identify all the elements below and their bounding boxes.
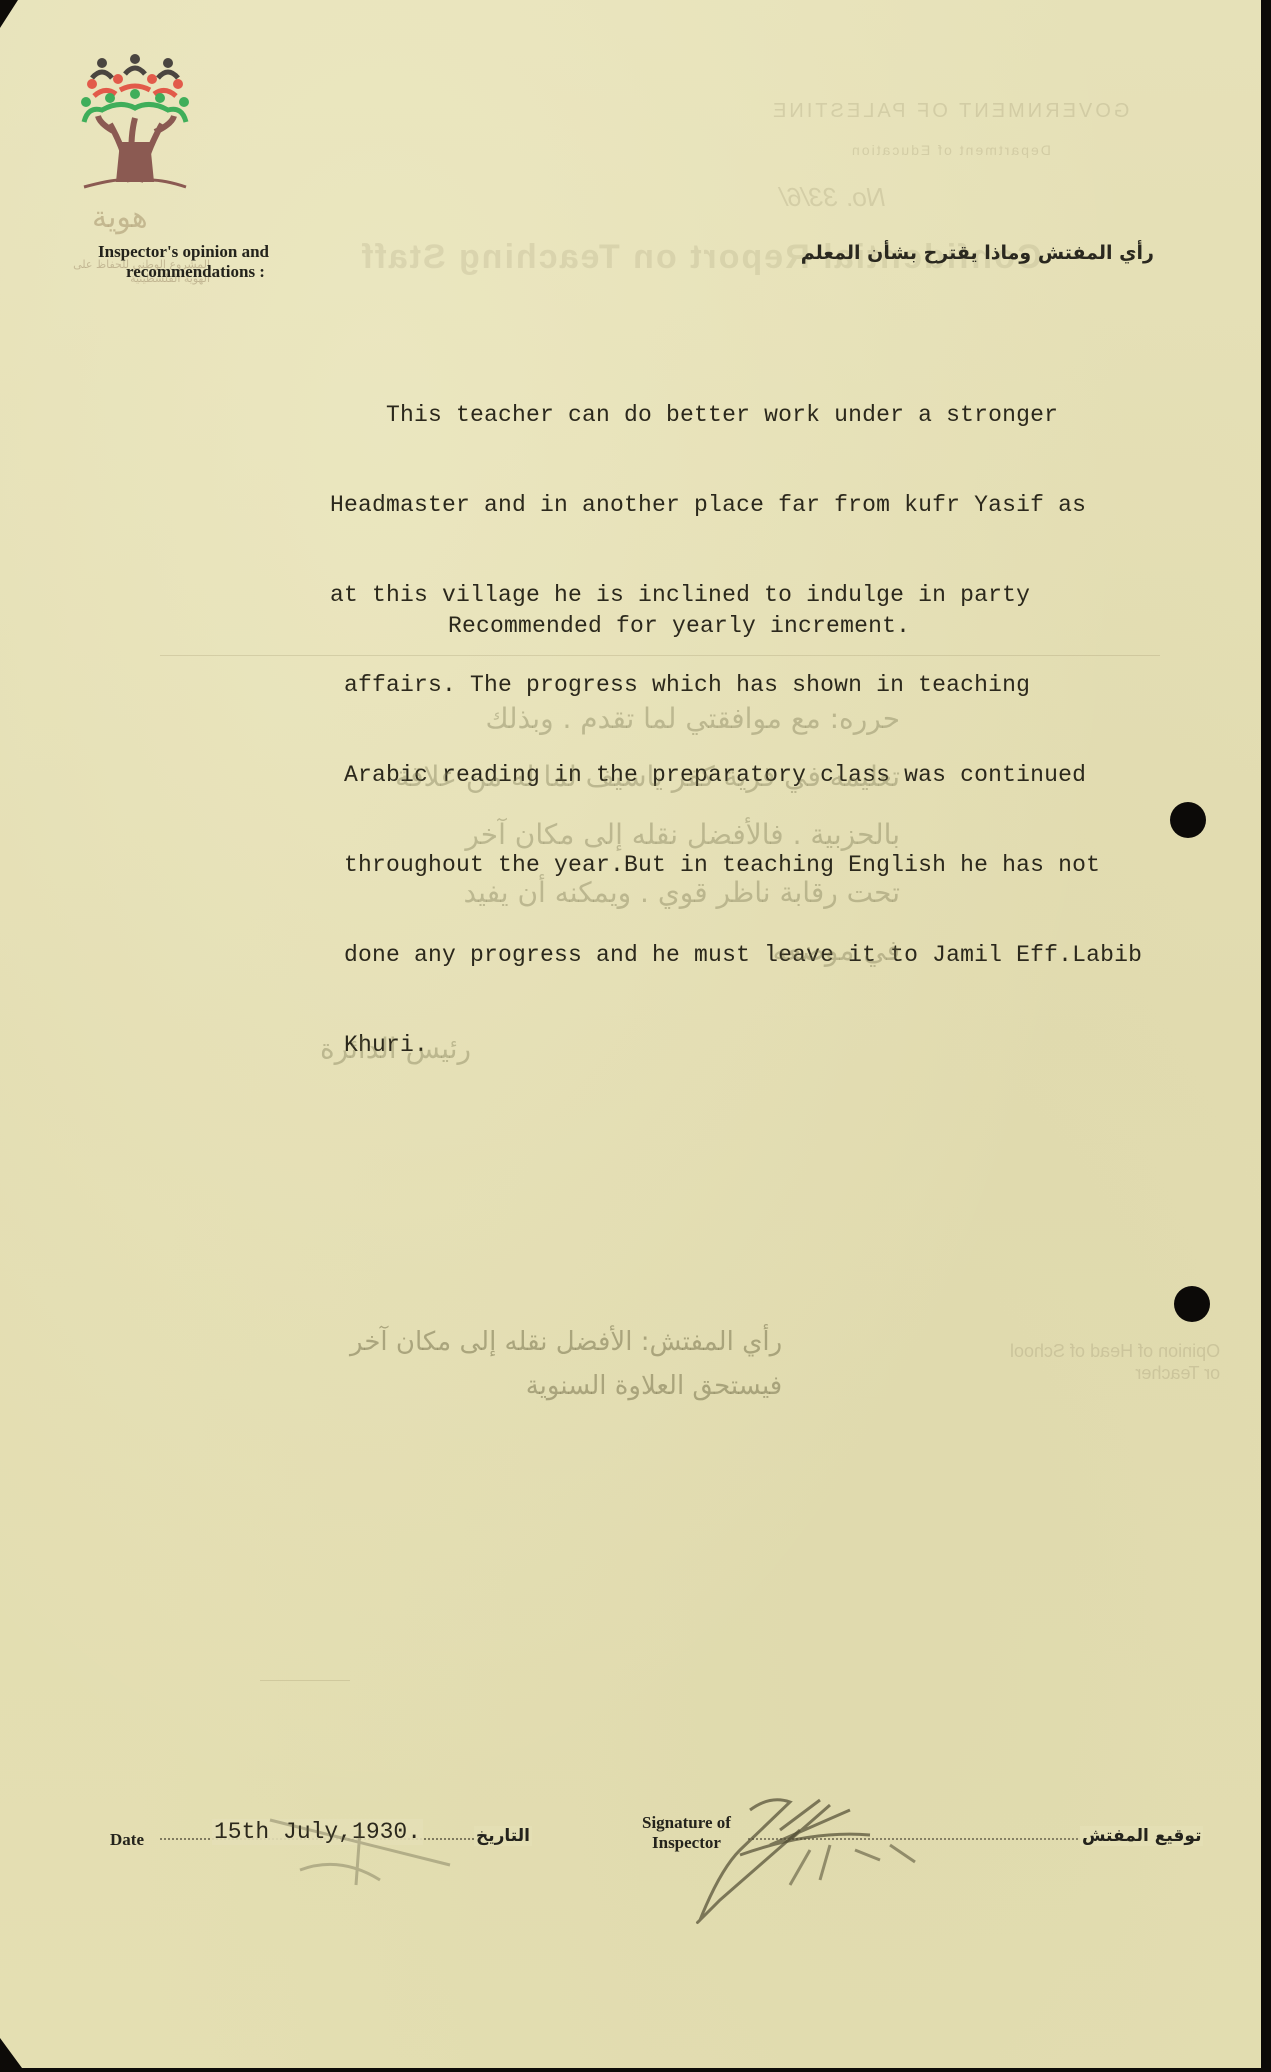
paragraph-line: This teacher can do better work under a … [330, 400, 1142, 430]
handwriting-line: تحت رقابة ناظر قوي . ويمكنه أن يفيد [260, 864, 900, 922]
section-label-ar: رأي المفتش وماذا يقترح بشأن المعلم [801, 242, 1154, 264]
handwriting-line: فيستحق العلاوة السنوية [350, 1364, 782, 1408]
section-label-line1: Inspector's opinion and [98, 242, 269, 262]
bleed-through-department: Department of Education [850, 142, 1051, 158]
faint-divider [260, 1680, 350, 1681]
handwriting-line: بالحزبية . فالأفضل نقله إلى مكان آخر [260, 806, 900, 864]
inspector-signature-icon [680, 1790, 980, 1930]
faded-handwriting-signature: رئيس الدائرة [320, 1020, 471, 1078]
pencil-scribble-icon [260, 1810, 460, 1890]
date-label-ar: التاريخ [474, 1826, 532, 1846]
handwriting-line: رأي المفتش: الأفضل نقله إلى مكان آخر [350, 1320, 782, 1364]
handwriting-line: تعليمه في قرية كفر ياسيف لما له من علاقة [260, 748, 900, 806]
bleed-through-number: No. 33/6/ [780, 182, 886, 213]
logo-title: هوية [92, 200, 148, 235]
page-edge [1261, 0, 1266, 2068]
faded-handwriting-block: حرره: مع موافقتي لما تقدم . وبذلك تعليمه… [260, 690, 900, 980]
punch-hole [1170, 802, 1206, 838]
date-label: Date [110, 1830, 144, 1850]
bleed-side-line2: or Teacher [1010, 1362, 1220, 1384]
paragraph-line: Headmaster and in another place far from… [330, 490, 1142, 520]
document-page: هوية المشروع الوطني للحفاظ على الهوية ال… [0, 0, 1266, 2068]
tree-logo-icon [80, 52, 190, 202]
section-label-line2: recommendations : [98, 262, 269, 282]
punch-hole [1174, 1286, 1210, 1322]
bleed-through-government: GOVERNMENT OF PALESTINE [770, 100, 1129, 123]
faded-handwriting-lower: رأي المفتش: الأفضل نقله إلى مكان آخر فيس… [350, 1320, 782, 1408]
section-label-en: Inspector's opinion and recommendations … [98, 242, 269, 282]
bleed-through-side-label: Opinion of Head of School or Teacher [1010, 1340, 1220, 1384]
handwriting-line: في موضعه [260, 922, 900, 980]
bleed-side-line1: Opinion of Head of School [1010, 1340, 1220, 1362]
faint-divider [160, 655, 1160, 656]
signature-label-ar: توقيع المفتش [1080, 1826, 1203, 1846]
recommendation-line: Recommended for yearly increment. [448, 611, 910, 641]
paragraph-line: at this village he is inclined to indulg… [330, 580, 1142, 610]
handwriting-line: حرره: مع موافقتي لما تقدم . وبذلك [260, 690, 900, 748]
